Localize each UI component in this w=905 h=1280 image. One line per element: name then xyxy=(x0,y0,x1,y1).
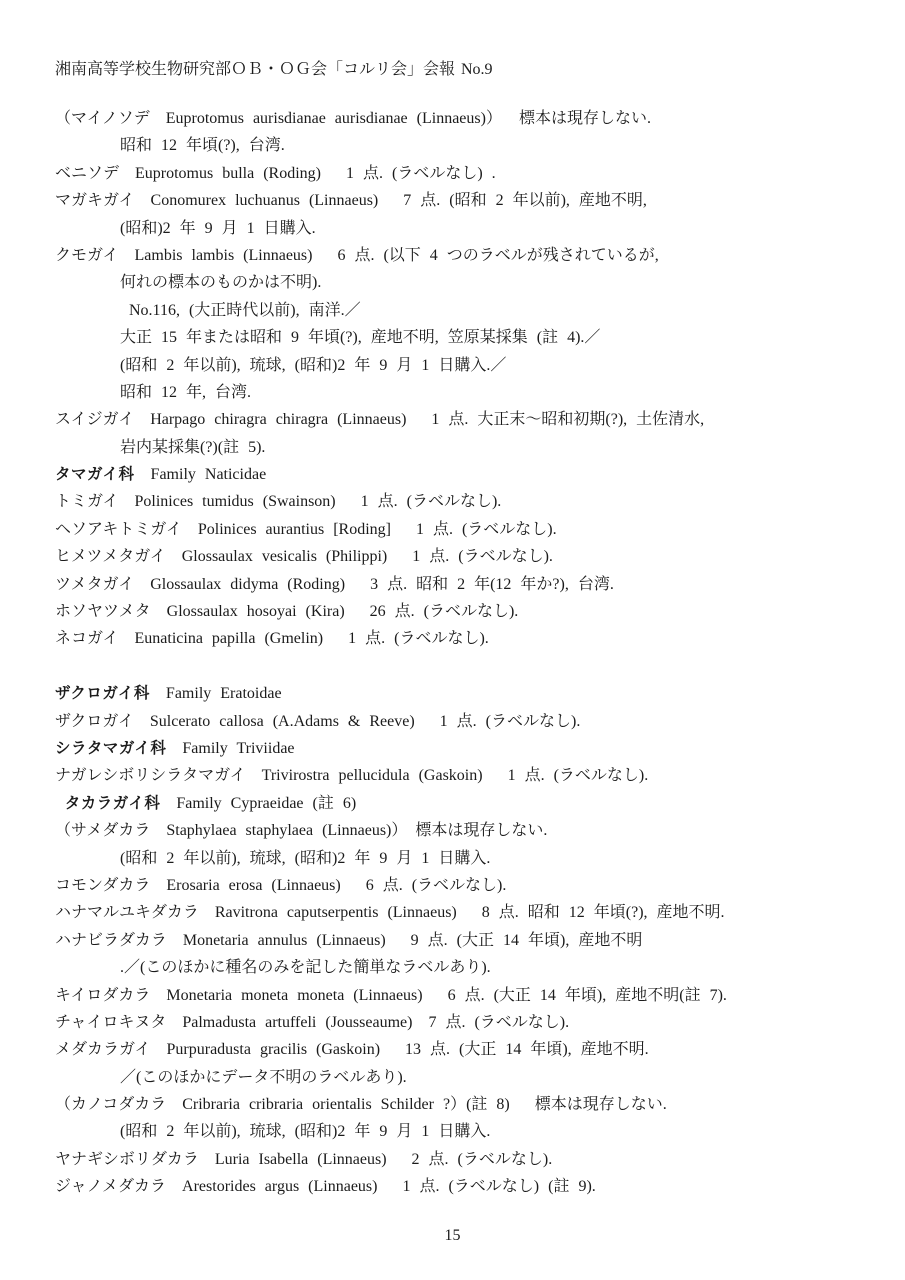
document-line: スイジガイ Harpago chiragra chiragra (Linnaeu… xyxy=(55,406,900,433)
document-line: ヤナギシボリダカラ Luria Isabella (Linnaeus) 2 点.… xyxy=(55,1146,900,1173)
document-line: 岩内某採集(?)(註 5). xyxy=(55,434,900,461)
document-line: (昭和 2 年以前), 琉球, (昭和)2 年 9 月 1 日購入. xyxy=(55,1118,900,1145)
line-text: コモンダカラ Erosaria erosa (Linnaeus) 6 点. (ラ… xyxy=(55,877,506,894)
family-name-text: タカラガイ科 xyxy=(55,795,160,812)
document-line: ヘソアキトミガイ Polinices aurantius [Roding] 1 … xyxy=(55,516,900,543)
line-text: .／(このほかに種名のみを記した簡単なラベルあり). xyxy=(120,959,491,976)
document-line: （マイノソデ Euprotomus aurisdianae aurisdiana… xyxy=(55,105,900,132)
line-text: Family Triviidae xyxy=(166,740,294,757)
document-line: トミガイ Polinices tumidus (Swainson) 1 点. (… xyxy=(55,488,900,515)
document-line: ザクロガイ科 Family Eratoidae xyxy=(55,680,900,707)
family-name-text: シラタマガイ科 xyxy=(55,740,166,757)
document-line: クモガイ Lambis lambis (Linnaeus) 6 点. (以下 4… xyxy=(55,242,900,269)
family-name-text: ザクロガイ科 xyxy=(55,685,150,702)
line-text: 昭和 12 年, 台湾. xyxy=(120,384,251,401)
document-line: No.116, (大正時代以前), 南洋.／ xyxy=(55,297,900,324)
line-text: スイジガイ Harpago chiragra chiragra (Linnaeu… xyxy=(55,411,704,428)
document-line: ジャノメダカラ Arestorides argus (Linnaeus) 1 点… xyxy=(55,1173,900,1200)
line-text: (昭和)2 年 9 月 1 日購入. xyxy=(120,220,316,237)
document-line: チャイロキヌタ Palmadusta artuffeli (Jousseaume… xyxy=(55,1009,900,1036)
line-text: (昭和 2 年以前), 琉球, (昭和)2 年 9 月 1 日購入.／ xyxy=(120,357,506,374)
document-line: ホソヤツメタ Glossaulax hosoyai (Kira) 26 点. (… xyxy=(55,598,900,625)
document-line: メダカラガイ Purpuradusta gracilis (Gaskoin) 1… xyxy=(55,1036,900,1063)
document-line: 昭和 12 年頃(?), 台湾. xyxy=(55,132,900,159)
line-text: ツメタガイ Glossaulax didyma (Roding) 3 点. 昭和… xyxy=(55,576,614,593)
specimen-list: （マイノソデ Euprotomus aurisdianae aurisdiana… xyxy=(55,105,900,1201)
document-line: ／(このほかにデータ不明のラベルあり). xyxy=(55,1064,900,1091)
document-line: (昭和)2 年 9 月 1 日購入. xyxy=(55,215,900,242)
line-text: ハナマルユキダカラ Ravitrona caputserpentis (Linn… xyxy=(55,904,725,921)
document-line: タカラガイ科 Family Cypraeidae (註 6) xyxy=(55,790,900,817)
document-line: ツメタガイ Glossaulax didyma (Roding) 3 点. 昭和… xyxy=(55,571,900,598)
document-line: タマガイ科 Family Naticidae xyxy=(55,461,900,488)
line-text: キイロダカラ Monetaria moneta moneta (Linnaeus… xyxy=(55,987,727,1004)
document-line: ネコガイ Eunaticina papilla (Gmelin) 1 点. (ラ… xyxy=(55,625,900,652)
document-line: ヒメツメタガイ Glossaulax vesicalis (Philippi) … xyxy=(55,543,900,570)
document-line: 何れの標本のものかは不明). xyxy=(55,269,900,296)
line-text: 大正 15 年または昭和 9 年頃(?), 産地不明, 笠原某採集 (註 4).… xyxy=(120,329,600,346)
line-text: Family Cypraeidae (註 6) xyxy=(160,795,356,812)
line-text: ナガレシボリシラタマガイ Trivirostra pellucidula (Ga… xyxy=(55,767,648,784)
document-line: 大正 15 年または昭和 9 年頃(?), 産地不明, 笠原某採集 (註 4).… xyxy=(55,324,900,351)
line-text: Family Eratoidae xyxy=(150,685,282,702)
line-text: 何れの標本のものかは不明). xyxy=(120,274,321,291)
line-text: チャイロキヌタ Palmadusta artuffeli (Jousseaume… xyxy=(55,1014,569,1031)
document-line: （サメダカラ Staphylaea staphylaea (Linnaeus)）… xyxy=(55,817,900,844)
line-text: メダカラガイ Purpuradusta gracilis (Gaskoin) 1… xyxy=(55,1041,649,1058)
document-line: ナガレシボリシラタマガイ Trivirostra pellucidula (Ga… xyxy=(55,762,900,789)
document-page: 湘南高等学校生物研究部ＯＢ・ＯＧ会「コルリ会」会報 No.9 （マイノソデ Eu… xyxy=(0,0,905,1280)
document-line: シラタマガイ科 Family Triviidae xyxy=(55,735,900,762)
line-text: ジャノメダカラ Arestorides argus (Linnaeus) 1 点… xyxy=(55,1178,596,1195)
line-text: ホソヤツメタ Glossaulax hosoyai (Kira) 26 点. (… xyxy=(55,603,518,620)
line-text: （カノコダカラ Cribraria cribraria orientalis S… xyxy=(55,1096,667,1113)
line-text: (昭和 2 年以前), 琉球, (昭和)2 年 9 月 1 日購入. xyxy=(120,850,490,867)
line-text: ネコガイ Eunaticina papilla (Gmelin) 1 点. (ラ… xyxy=(55,630,489,647)
line-text: （サメダカラ Staphylaea staphylaea (Linnaeus)）… xyxy=(55,822,547,839)
line-text: クモガイ Lambis lambis (Linnaeus) 6 点. (以下 4… xyxy=(55,247,659,264)
line-text: 岩内某採集(?)(註 5). xyxy=(120,439,265,456)
document-line: 昭和 12 年, 台湾. xyxy=(55,379,900,406)
line-text: Family Naticidae xyxy=(135,466,267,483)
line-text: (昭和 2 年以前), 琉球, (昭和)2 年 9 月 1 日購入. xyxy=(120,1123,490,1140)
document-line: （カノコダカラ Cribraria cribraria orientalis S… xyxy=(55,1091,900,1118)
blank-line xyxy=(55,653,900,680)
line-text: ベニソデ Euprotomus bulla (Roding) 1 点. (ラベル… xyxy=(55,165,496,182)
document-line: ザクロガイ Sulcerato callosa (A.Adams & Reeve… xyxy=(55,708,900,735)
document-header-title: 湘南高等学校生物研究部ＯＢ・ＯＧ会「コルリ会」会報 No.9 xyxy=(55,60,493,80)
line-text: （マイノソデ Euprotomus aurisdianae aurisdiana… xyxy=(55,110,651,127)
document-line: (昭和 2 年以前), 琉球, (昭和)2 年 9 月 1 日購入. xyxy=(55,845,900,872)
document-line: ハナビラダカラ Monetaria annulus (Linnaeus) 9 点… xyxy=(55,927,900,954)
line-text: No.116, (大正時代以前), 南洋.／ xyxy=(120,302,361,319)
line-text: 昭和 12 年頃(?), 台湾. xyxy=(120,137,285,154)
line-text: ヘソアキトミガイ Polinices aurantius [Roding] 1 … xyxy=(55,521,557,538)
document-line: マガキガイ Conomurex luchuanus (Linnaeus) 7 点… xyxy=(55,187,900,214)
line-text: ／(このほかにデータ不明のラベルあり). xyxy=(120,1069,407,1086)
line-text: ザクロガイ Sulcerato callosa (A.Adams & Reeve… xyxy=(55,713,580,730)
document-line: ベニソデ Euprotomus bulla (Roding) 1 点. (ラベル… xyxy=(55,160,900,187)
line-text: ハナビラダカラ Monetaria annulus (Linnaeus) 9 点… xyxy=(55,932,642,949)
document-line: ハナマルユキダカラ Ravitrona caputserpentis (Linn… xyxy=(55,899,900,926)
document-line: .／(このほかに種名のみを記した簡単なラベルあり). xyxy=(55,954,900,981)
document-line: キイロダカラ Monetaria moneta moneta (Linnaeus… xyxy=(55,982,900,1009)
document-line: (昭和 2 年以前), 琉球, (昭和)2 年 9 月 1 日購入.／ xyxy=(55,352,900,379)
line-text: トミガイ Polinices tumidus (Swainson) 1 点. (… xyxy=(55,493,501,510)
family-name-text: タマガイ科 xyxy=(55,466,135,483)
line-text: ヒメツメタガイ Glossaulax vesicalis (Philippi) … xyxy=(55,548,553,565)
line-text: ヤナギシボリダカラ Luria Isabella (Linnaeus) 2 点.… xyxy=(55,1151,552,1168)
line-text: マガキガイ Conomurex luchuanus (Linnaeus) 7 点… xyxy=(55,192,647,209)
page-number: 15 xyxy=(0,1226,905,1246)
document-line: コモンダカラ Erosaria erosa (Linnaeus) 6 点. (ラ… xyxy=(55,872,900,899)
